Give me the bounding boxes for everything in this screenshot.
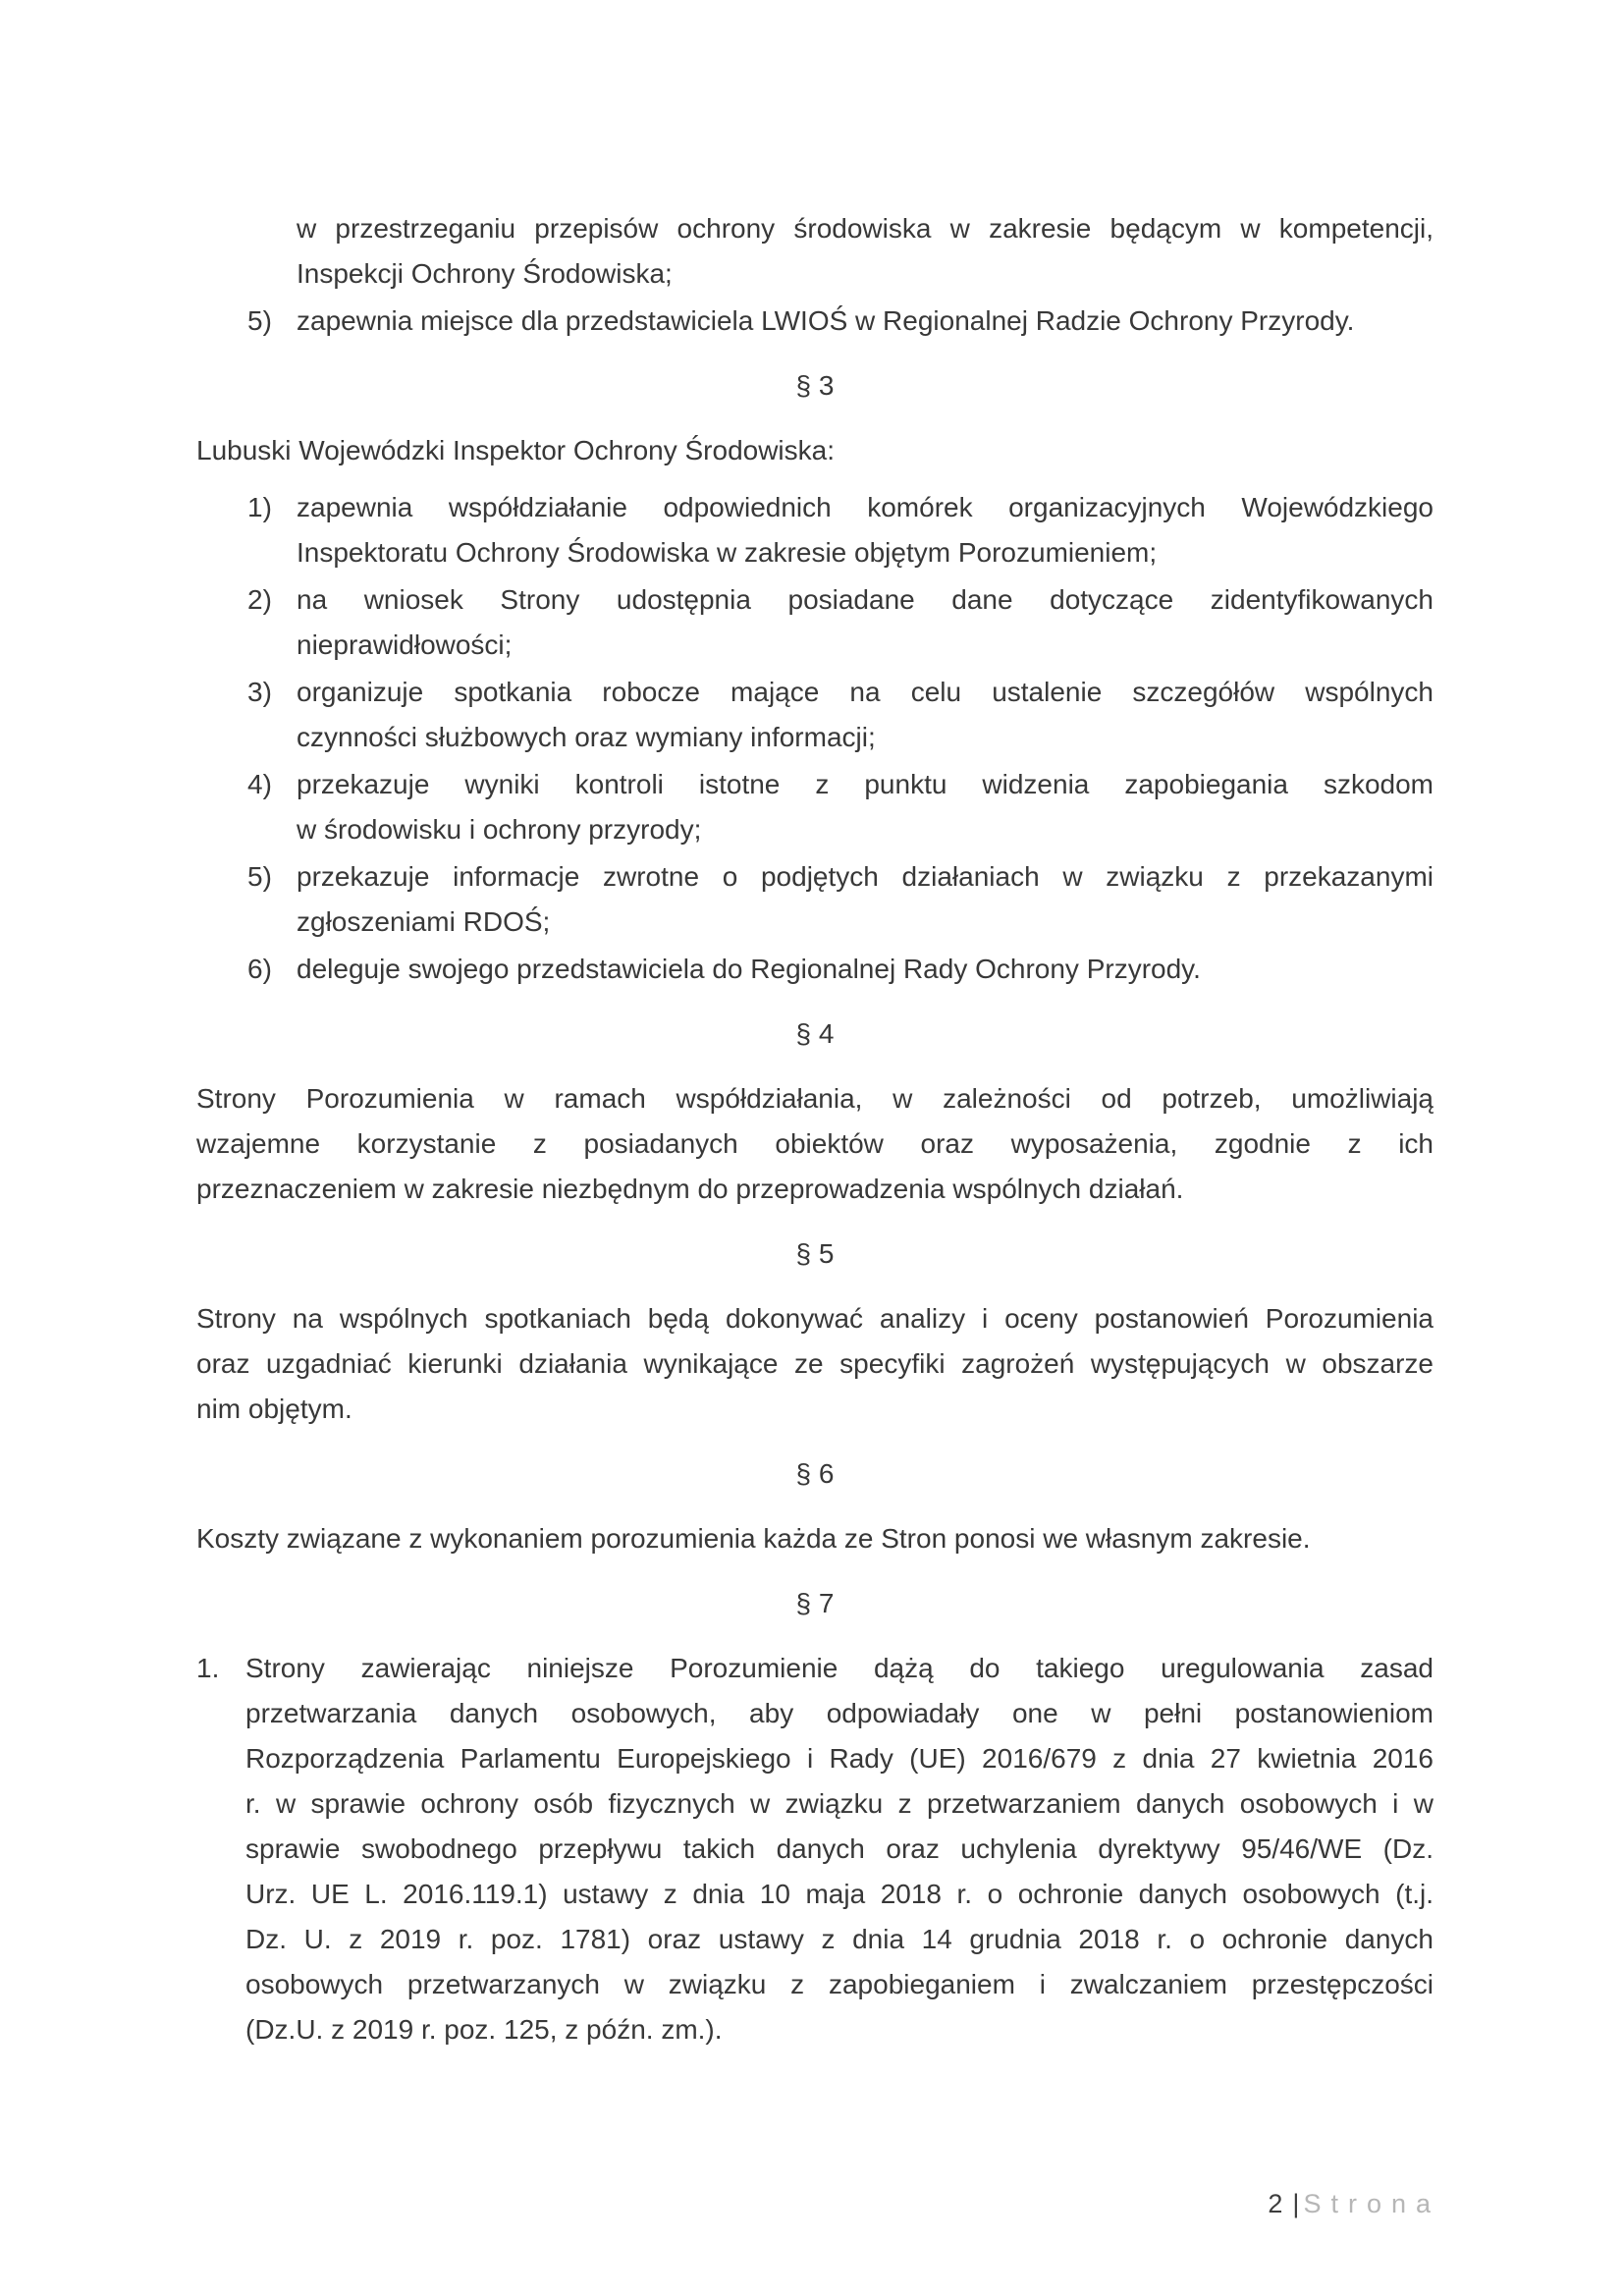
- text-line: Dz. U. z 2019 r. poz. 1781) oraz ustawy …: [245, 1917, 1434, 1962]
- text-line: przetwarzania danych osobowych, aby odpo…: [245, 1691, 1434, 1736]
- list-item: 3) organizuje spotkania robocze mające n…: [196, 670, 1434, 760]
- document-body: w przestrzeganiu przepisów ochrony środo…: [196, 206, 1434, 2054]
- text-line: r. w sprawie ochrony osób fizycznych w z…: [245, 1781, 1434, 1827]
- text-line: przekazuje wyniki kontroli istotne z pun…: [297, 762, 1434, 807]
- text-line: w przestrzeganiu przepisów ochrony środo…: [297, 206, 1434, 251]
- text-line: zgłoszeniami RDOŚ;: [297, 900, 1434, 945]
- paragraph: Koszty związane z wykonaniem porozumieni…: [196, 1516, 1434, 1561]
- list-item: 2) na wniosek Strony udostępnia posiadan…: [196, 577, 1434, 668]
- text-line: nim objętym.: [196, 1387, 1434, 1432]
- list-item-marker: 5): [247, 854, 272, 900]
- text-line: wzajemne korzystanie z posiadanych obiek…: [196, 1121, 1434, 1167]
- footer-label: Strona: [1303, 2189, 1440, 2218]
- text-line: na wniosek Strony udostępnia posiadane d…: [297, 577, 1434, 623]
- list-item-marker: 1.: [196, 1646, 219, 1691]
- list-item: 4) przekazuje wyniki kontroli istotne z …: [196, 762, 1434, 852]
- list-item-continuation: w przestrzeganiu przepisów ochrony środo…: [196, 206, 1434, 297]
- list-item-marker: 3): [247, 670, 272, 715]
- page-footer: 2|Strona: [1268, 2187, 1431, 2220]
- text-line: (Dz.U. z 2019 r. poz. 125, z późn. zm.).: [245, 2007, 1434, 2052]
- list-item: 5) zapewnia miejsce dla przedstawiciela …: [196, 299, 1434, 344]
- paragraph: Strony Porozumienia w ramach współdziała…: [196, 1076, 1434, 1212]
- section-heading: § 7: [196, 1581, 1434, 1626]
- text-line: w środowisku i ochrony przyrody;: [297, 807, 1434, 852]
- list-item-marker: 2): [247, 577, 272, 623]
- text-line: organizuje spotkania robocze mające na c…: [297, 670, 1434, 715]
- text-line: przeznaczeniem w zakresie niezbędnym do …: [196, 1167, 1434, 1212]
- list-item-marker: 6): [247, 947, 272, 992]
- list-item: 1) zapewnia współdziałanie odpowiednich …: [196, 485, 1434, 575]
- text-line: zapewnia miejsce dla przedstawiciela LWI…: [297, 299, 1434, 344]
- text-line: Inspekcji Ochrony Środowiska;: [297, 251, 1434, 297]
- section-heading: § 4: [196, 1011, 1434, 1057]
- text-line: czynności służbowych oraz wymiany inform…: [297, 715, 1434, 760]
- text-line: osobowych przetwarzanych w związku z zap…: [245, 1962, 1434, 2007]
- text-line: Urz. UE L. 2016.119.1) ustawy z dnia 10 …: [245, 1872, 1434, 1917]
- paragraph: Strony na wspólnych spotkaniach będą dok…: [196, 1296, 1434, 1432]
- text-line: przekazuje informacje zwrotne o podjętyc…: [297, 854, 1434, 900]
- text-line: Strony na wspólnych spotkaniach będą dok…: [196, 1296, 1434, 1341]
- text-line: sprawie swobodnego przepływu takich dany…: [245, 1827, 1434, 1872]
- text-line: oraz uzgadniać kierunki działania wynika…: [196, 1341, 1434, 1387]
- list-item: 6) deleguje swojego przedstawiciela do R…: [196, 947, 1434, 992]
- text-line: Koszty związane z wykonaniem porozumieni…: [196, 1516, 1434, 1561]
- paragraph: Lubuski Wojewódzki Inspektor Ochrony Śro…: [196, 428, 1434, 473]
- footer-separator: |: [1292, 2189, 1299, 2218]
- text-line: zapewnia współdziałanie odpowiednich kom…: [297, 485, 1434, 530]
- text-line: Strony Porozumienia w ramach współdziała…: [196, 1076, 1434, 1121]
- section-heading: § 5: [196, 1231, 1434, 1277]
- list-item: 5) przekazuje informacje zwrotne o podję…: [196, 854, 1434, 945]
- section-heading: § 3: [196, 363, 1434, 409]
- text-line: nieprawidłowości;: [297, 623, 1434, 668]
- text-line: Strony zawierając niniejsze Porozumienie…: [245, 1646, 1434, 1691]
- text-line: Inspektoratu Ochrony Środowiska w zakres…: [297, 530, 1434, 575]
- document-page: w przestrzeganiu przepisów ochrony środo…: [0, 0, 1623, 2296]
- list-item-marker: 5): [247, 299, 272, 344]
- list-item-marker: 1): [247, 485, 272, 530]
- footer-page-number: 2: [1268, 2189, 1282, 2218]
- text-line: deleguje swojego przedstawiciela do Regi…: [297, 947, 1434, 992]
- text-line: Rozporządzenia Parlamentu Europejskiego …: [245, 1736, 1434, 1781]
- section-heading: § 6: [196, 1451, 1434, 1497]
- text-line: Lubuski Wojewódzki Inspektor Ochrony Śro…: [196, 428, 1434, 473]
- list-item: 1. Strony zawierając niniejsze Porozumie…: [196, 1646, 1434, 2052]
- list-item-marker: 4): [247, 762, 272, 807]
